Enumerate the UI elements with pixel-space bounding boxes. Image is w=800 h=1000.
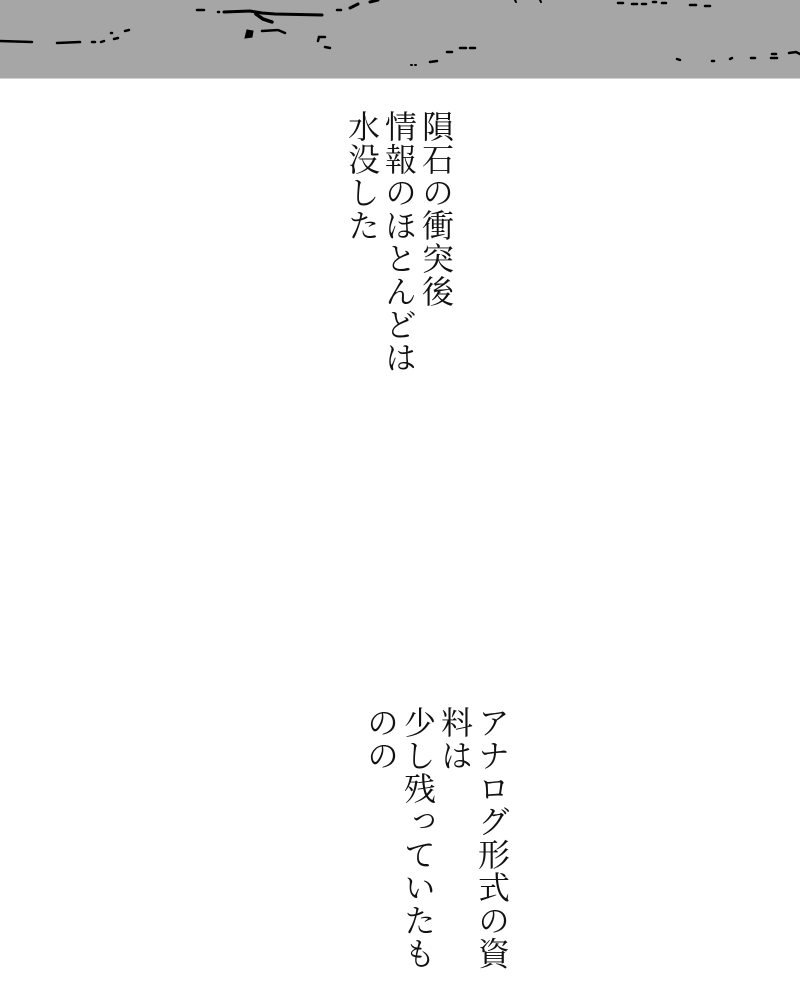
narration-caption-2: アナログ形式の資料は 少し残っていたものの <box>362 706 510 1000</box>
narration-caption-1: 隕石の衝突後 情報のほとんどは 水没した <box>343 110 454 374</box>
comic-page: 隕石の衝突後 情報のほとんどは 水没した アナログ形式の資料は 少し残っていたも… <box>0 0 800 1000</box>
caption-line: 隕石の衝突後 <box>417 110 454 374</box>
caption-line: 少し残っていたものの <box>362 706 436 1000</box>
ink-strokes-illustration <box>0 0 800 78</box>
caption-line: アナログ形式の資料は <box>436 706 510 1000</box>
top-panel-artwork <box>0 0 800 79</box>
caption-line: 情報のほとんどは <box>380 110 417 374</box>
caption-line: 水没した <box>343 110 380 374</box>
